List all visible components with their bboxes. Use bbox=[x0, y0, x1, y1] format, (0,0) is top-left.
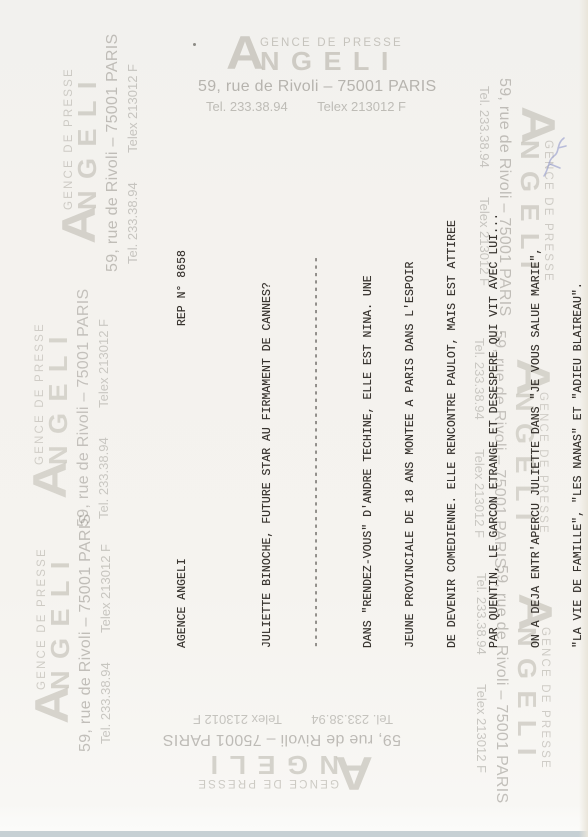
paper-bottom-edge bbox=[0, 831, 588, 837]
angeli-logo: A GENCE DE PRESSE NGELI bbox=[62, 54, 98, 244]
angeli-logo-ngeli: NGELI bbox=[260, 51, 409, 72]
agence-de-presse-label: GENCE DE PRESSE bbox=[64, 67, 76, 210]
stamp-address: 59, rue de Rivoli – 75001 PARIS bbox=[183, 730, 401, 748]
angeli-logo: A GENCE DE PRESSE NGELI bbox=[183, 754, 373, 790]
stamp-tel: Tel. 233.38.94 bbox=[206, 99, 288, 114]
angeli-logo-ngeli: NGELI bbox=[190, 754, 339, 775]
caption-body-line: DANS "RENDEZ-VOUS" D'ANDRE TECHINE, ELLE… bbox=[362, 196, 376, 648]
caption-body-line: PAR QUENTIN, LE GARCON ETRANGE ET DESESP… bbox=[488, 196, 502, 648]
angeli-logo: A GENCE DE PRESSE NGELI bbox=[35, 534, 71, 724]
stamp-tel: Tel. 233.38.94 bbox=[311, 712, 393, 727]
angeli-stamp-left-middle: A GENCE DE PRESSE NGELI 59, rue de Rivol… bbox=[33, 309, 111, 527]
typed-caption-block: AGENCE ANGELI REP N° 8658 JULIETTE BINOC… bbox=[148, 196, 588, 648]
paper-bottom-band bbox=[0, 805, 588, 831]
stamp-tel: Tel. 233.38.94 bbox=[477, 86, 492, 168]
reference-number: REP N° 8658 bbox=[176, 250, 190, 326]
angeli-stamp-top-center: A GENCE DE PRESSE NGELI 59, rue de Rivol… bbox=[198, 36, 416, 114]
stamp-telex: Telex 213012 F bbox=[96, 319, 111, 408]
stamp-telex: Telex 213012 F bbox=[125, 64, 140, 153]
stamp-telex: Telex 213012 F bbox=[317, 99, 406, 114]
caption-title: JULIETTE BINOCHE, FUTURE STAR AU FIRMAME… bbox=[261, 196, 275, 648]
angeli-logo-a: A bbox=[335, 754, 373, 791]
stamp-address: 59, rue de Rivoli – 75001 PARIS bbox=[198, 78, 416, 96]
angeli-logo: A GENCE DE PRESSE NGELI bbox=[226, 36, 416, 72]
angeli-stamp-bottom-center: A GENCE DE PRESSE NGELI 59, rue de Rivol… bbox=[183, 712, 401, 790]
agency-name: AGENCE ANGELI bbox=[176, 558, 190, 648]
stamp-tel-row: Tel. 233.38.94 Telex 213012 F bbox=[183, 712, 401, 727]
agence-de-presse-label: GENCE DE PRESSE bbox=[539, 627, 551, 770]
agence-de-presse-label: GENCE DE PRESSE bbox=[196, 777, 339, 789]
handwritten-mark bbox=[538, 130, 574, 182]
stamp-address: 59, rue de Rivoli – 75001 PARIS bbox=[75, 309, 93, 527]
stamp-tel: Tel. 233.38.94 bbox=[96, 437, 111, 519]
agence-de-presse-label: GENCE DE PRESSE bbox=[260, 38, 403, 50]
stamp-tel-row: Tel. 233.38.94 Telex 213012 F bbox=[125, 54, 140, 272]
stamp-tel-row: Tel. 233.38.94 Telex 213012 F bbox=[198, 99, 416, 114]
stamp-telex: Telex 213012 F bbox=[193, 712, 282, 727]
angeli-logo-ngeli: NGELI bbox=[50, 541, 71, 690]
stamp-address: 59, rue de Rivoli – 75001 PARIS bbox=[104, 54, 122, 272]
stamp-telex: Telex 213012 F bbox=[98, 544, 113, 633]
angeli-logo-a: A bbox=[32, 461, 69, 499]
caption-title-underline: ----------------------------------------… bbox=[310, 196, 324, 648]
agence-de-presse-label: GENCE DE PRESSE bbox=[35, 322, 47, 465]
caption-header: AGENCE ANGELI REP N° 8658 bbox=[176, 196, 190, 648]
caption-body-line: DE DEVENIR COMEDIENNE. ELLE RENCONTRE PA… bbox=[446, 196, 460, 648]
stamp-tel-row: Tel. 233.38.94 Telex 213012 F bbox=[98, 534, 113, 752]
angeli-logo-ngeli: NGELI bbox=[516, 627, 537, 776]
stamp-tel: Tel. 233.38.94 bbox=[125, 182, 140, 264]
stamp-telex: Telex 213012 F bbox=[474, 684, 489, 773]
caption-body-line: "LA VIE DE FAMILLE", "LES NANAS" ET "ADI… bbox=[572, 196, 586, 648]
angeli-logo: A GENCE DE PRESSE NGELI bbox=[33, 309, 69, 499]
angeli-logo-a: A bbox=[34, 686, 71, 724]
angeli-logo-ngeli: NGELI bbox=[48, 316, 69, 465]
stamp-tel: Tel. 233.38.94 bbox=[98, 662, 113, 744]
stamp-address: 59, rue de Rivoli – 75001 PARIS bbox=[77, 534, 95, 752]
angeli-logo-a: A bbox=[61, 206, 98, 244]
angeli-stamp-left-bottom: A GENCE DE PRESSE NGELI 59, rue de Rivol… bbox=[35, 534, 113, 752]
photo-verso-page: A GENCE DE PRESSE NGELI 59, rue de Rivol… bbox=[0, 0, 588, 837]
angeli-logo-ngeli: NGELI bbox=[77, 61, 98, 210]
angeli-stamp-left-top: A GENCE DE PRESSE NGELI 59, rue de Rivol… bbox=[62, 54, 140, 272]
angeli-logo-a: A bbox=[226, 35, 264, 72]
caption-body-line: ON A DEJA ENTR'APERCU JULIETTE DANS "JE … bbox=[530, 196, 544, 648]
stamp-tel-row: Tel. 233.38.94 Telex 213012 F bbox=[96, 309, 111, 527]
caption-body-line: JEUNE PROVINCIALE DE 18 ANS MONTEE A PAR… bbox=[404, 196, 418, 648]
agence-de-presse-label: GENCE DE PRESSE bbox=[37, 547, 49, 690]
dust-speck bbox=[193, 43, 196, 46]
